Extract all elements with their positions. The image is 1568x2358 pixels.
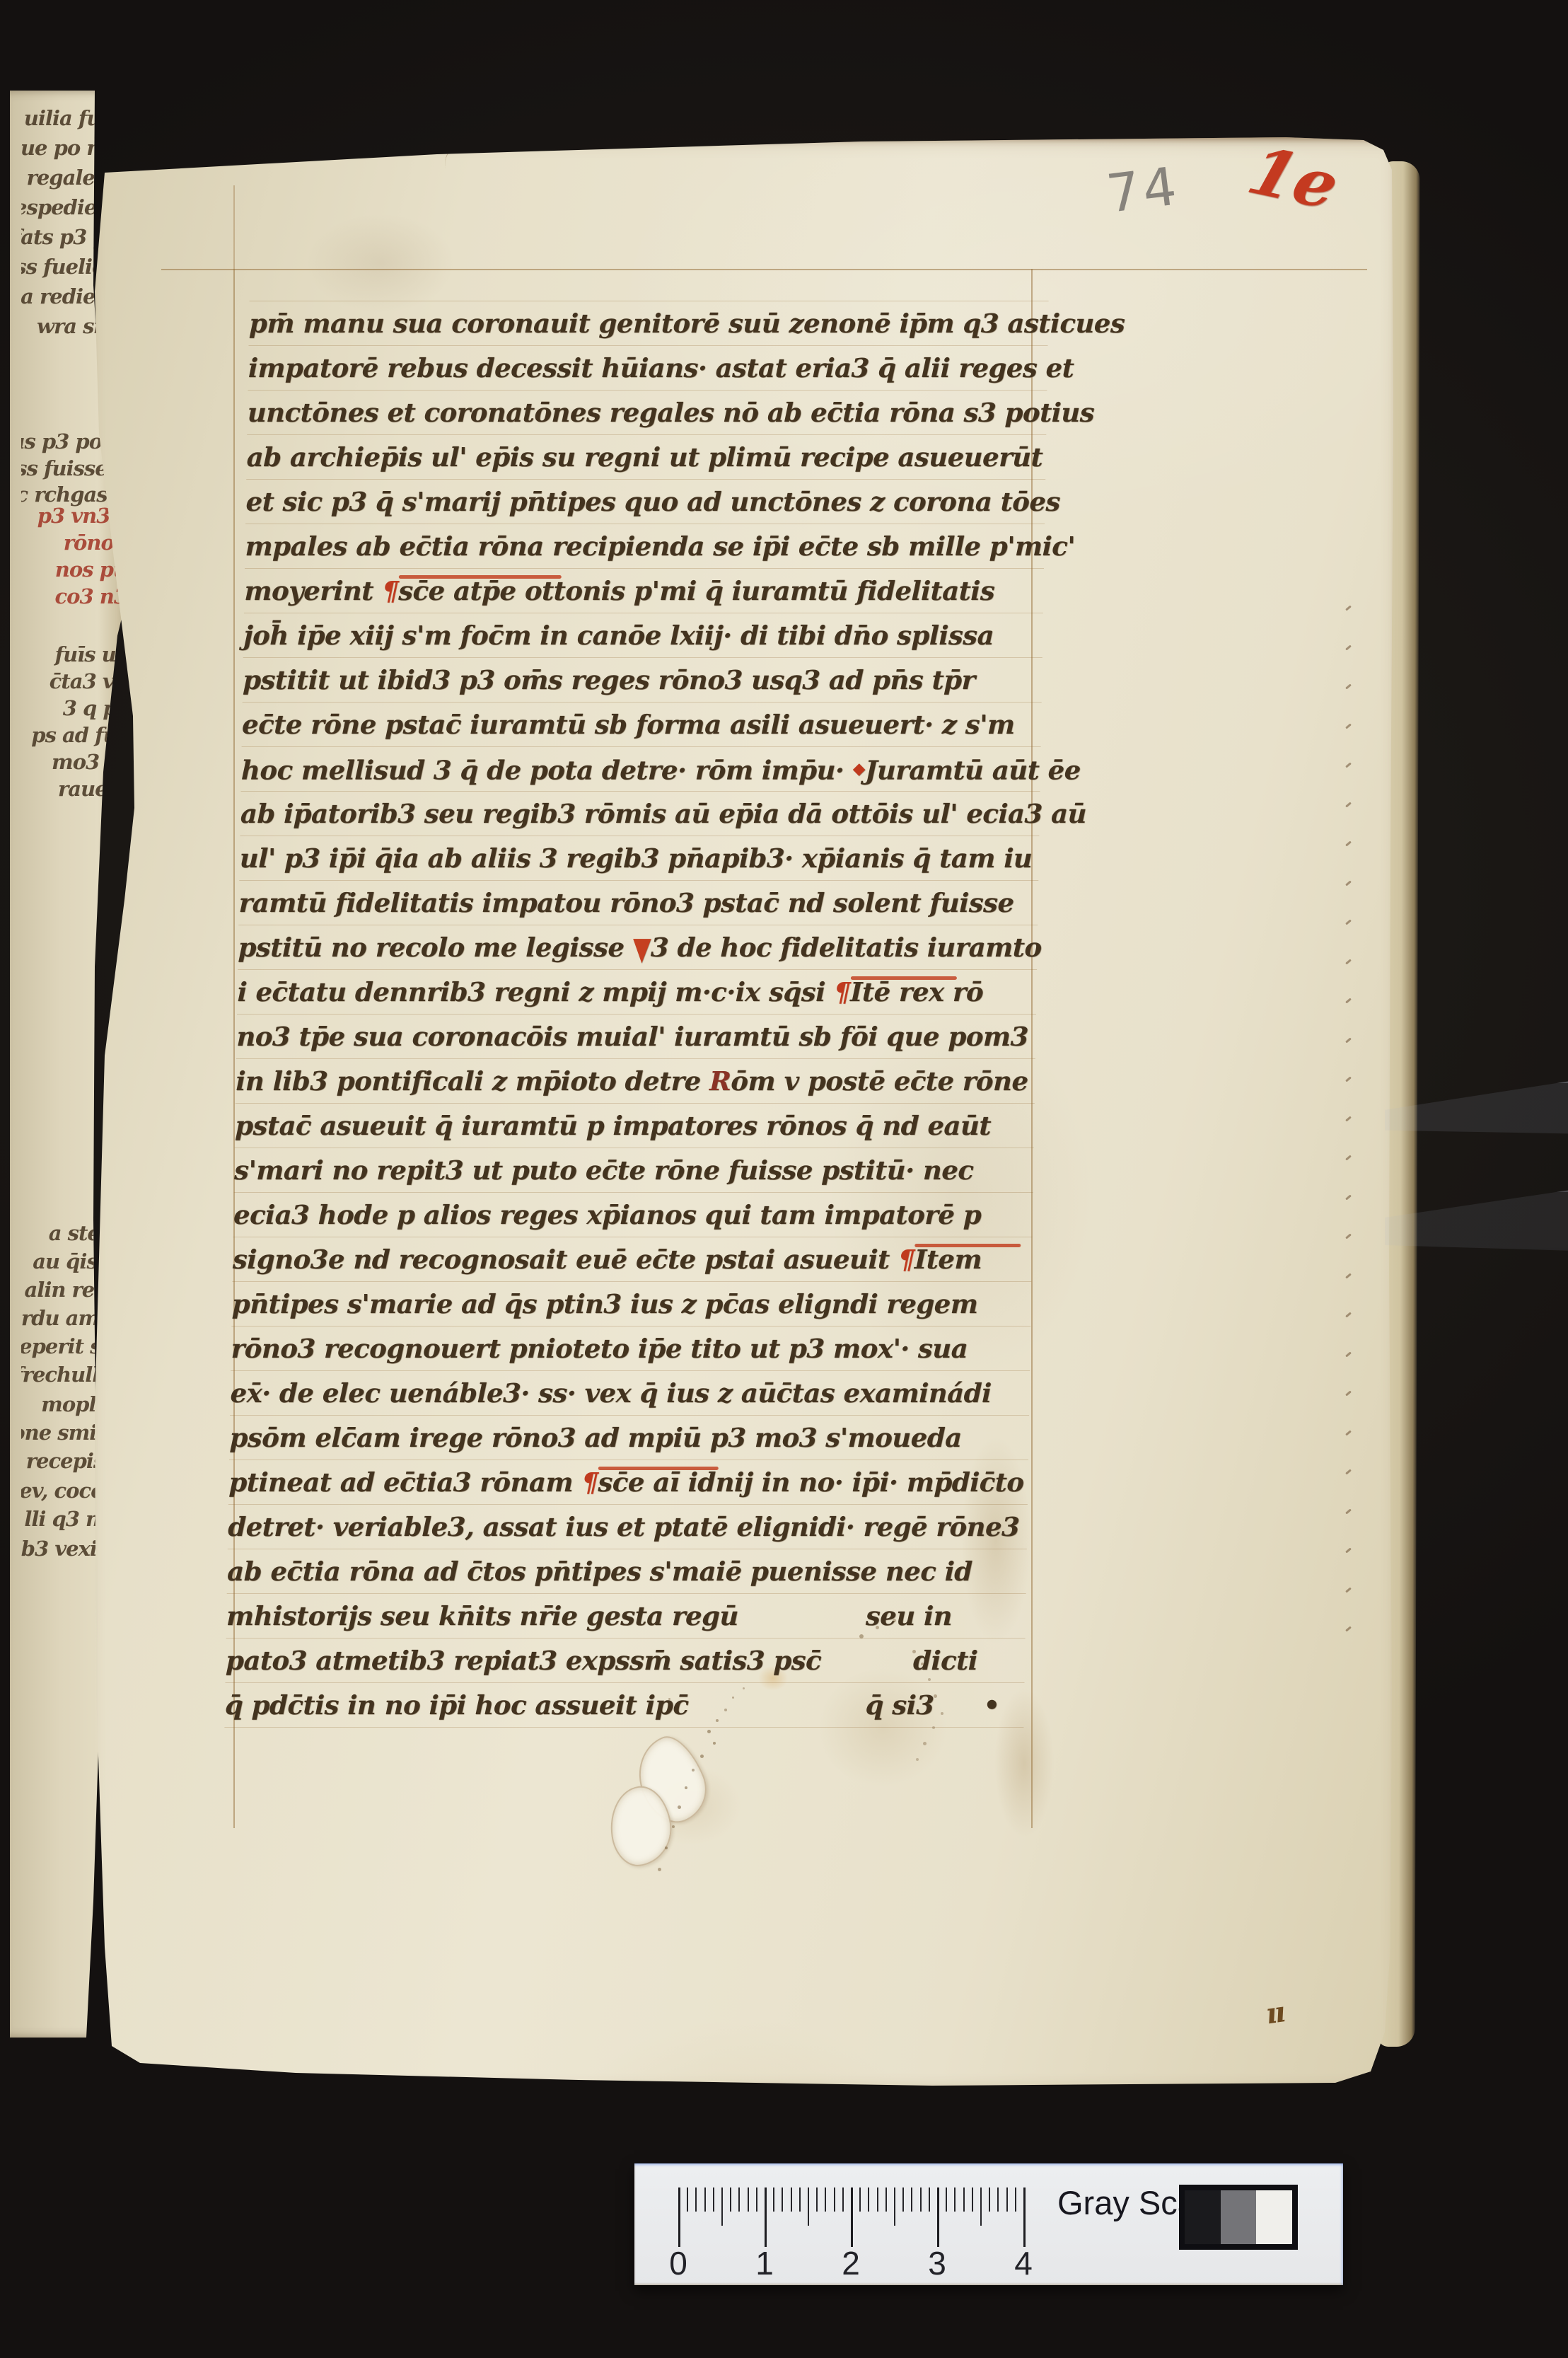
manuscript-line: q̄ pdc̄tis in no ip̄i hoc assueit ipc̄q̄… — [224, 1683, 1024, 1728]
ruler-tick — [816, 2187, 818, 2212]
manuscript-line: unctōnes et coronatōnes regales nō ab ec… — [247, 391, 1047, 435]
rubric-mark: ¶ — [382, 575, 399, 606]
ruler-number: 1 — [749, 2244, 780, 2282]
text-segment: joh̄ ip̄e xiij s'm foc̄m in canōe lxiij·… — [243, 620, 994, 651]
prick-mark — [1345, 1037, 1352, 1043]
photo-scene: aus uilia fuuete sue po nodlia regale ad… — [0, 0, 1568, 2358]
text-segment: dicti — [913, 1645, 978, 1676]
repair-speck — [932, 1726, 935, 1729]
text-segment: pstac̄ asueuit q̄ iuramtū p impatores rō… — [235, 1110, 992, 1141]
ruler-tick — [825, 2187, 826, 2212]
text-segment: Juramtū aūt ēe — [865, 754, 1081, 785]
ruler-tick — [954, 2187, 956, 2212]
manuscript-line: ab ec̄tia rōna ad c̄tos pn̄tipes s'maiē … — [227, 1549, 1027, 1594]
repair-speck — [893, 1619, 896, 1622]
manuscript-line: s'mari no repit3 ut puto ec̄te rōne fuis… — [234, 1148, 1034, 1193]
text-segment: ptineat ad ec̄tia3 rōnam — [228, 1467, 582, 1498]
manuscript-line: pstac̄ asueuit q̄ iuramtū p impatores rō… — [235, 1104, 1035, 1148]
repair-speck — [685, 1786, 687, 1789]
grayscale-patch — [1185, 2190, 1221, 2244]
text-segment: ul' p3 ip̄i q̄ia ab aliis 3 regib3 pn̄ap… — [239, 843, 1032, 874]
manuscript-line: mpales ab ec̄tia rōna recipienda se ip̄i… — [245, 524, 1045, 569]
manuscript-line: ptineat ad ec̄tia3 rōnam ¶sc̄e aī idnij … — [228, 1460, 1028, 1505]
prick-mark — [1345, 1194, 1352, 1200]
ruler-tick — [799, 2187, 801, 2212]
manuscript-line: ab ip̄atorib3 seu regib3 rōmis aū ep̄ia … — [240, 792, 1040, 836]
text-segment: Item — [914, 1244, 982, 1275]
rubric-mark: R — [709, 1065, 731, 1097]
text-segment: psōm elc̄am irege rōno3 ad mpiū p3 mo3 s… — [229, 1422, 962, 1453]
manuscript-line: ex̄· de elec uenáble3· ss· vex q̄ ius z … — [230, 1371, 1030, 1416]
ruler-tick — [791, 2187, 792, 2212]
ruler-tick — [989, 2187, 990, 2212]
ruler-tick — [972, 2187, 973, 2212]
ruler-tick — [902, 2187, 904, 2212]
repair-speck — [700, 1755, 704, 1758]
folio-number-pencil: 74 — [1103, 156, 1183, 225]
prick-mark — [1345, 1351, 1352, 1357]
ruler-tick — [1015, 2187, 1016, 2212]
manuscript-line: pm̄ manu sua coronauit genitorē suū zeno… — [248, 301, 1048, 346]
text-segment: q̄ pdc̄tis in no ip̄i hoc assueit ipc̄ — [225, 1689, 689, 1721]
prick-mark — [1345, 645, 1352, 650]
manuscript-line: hoc mellisud 3 q̄ de pota detre· rōm imp… — [240, 747, 1040, 792]
ruler-tick — [808, 2187, 809, 2226]
text-segment: ab ip̄atorib3 seu regib3 rōmis aū ep̄ia … — [240, 798, 1087, 829]
ruler-tick — [851, 2187, 853, 2247]
text-segment: 3 de hoc fidelitatis iuramto — [651, 932, 1042, 963]
text-segment: • — [983, 1689, 1000, 1721]
ruler-tick — [980, 2187, 982, 2226]
repair-speck — [672, 1825, 675, 1828]
grayscale-patch — [1221, 2190, 1257, 2244]
text-block: pm̄ manu sua coronauit genitorē suū zeno… — [224, 301, 1048, 1728]
ruler-tick — [937, 2187, 939, 2247]
manuscript-line: et sic p3 q̄ s'marij pn̄tipes quo ad unc… — [245, 480, 1045, 524]
ruler-tick — [920, 2187, 922, 2212]
text-segment: sc̄e atp̄e ottonis p'mi q̄ iuramtū fidel… — [398, 575, 995, 606]
prick-mark — [1345, 802, 1352, 807]
rubric-mark: ¶ — [834, 976, 851, 1007]
prick-mark — [1345, 998, 1352, 1003]
manuscript-line: mhistorijs seu kn̄its nr̄ie gesta regūse… — [226, 1594, 1026, 1639]
repair-speck — [665, 1846, 668, 1849]
ruler-tick — [782, 2187, 783, 2212]
text-segment: mpales ab ec̄tia rōna recipienda se ip̄i… — [245, 531, 1075, 562]
text-segment: ecia3 hode p alios reges xp̄ianos qui ta… — [233, 1199, 982, 1230]
manuscript-line: ul' p3 ip̄i q̄ia ab aliis 3 regib3 pn̄ap… — [239, 836, 1039, 881]
manuscript-line: signo3e nd recognosait euē ec̄te pstai a… — [232, 1237, 1032, 1282]
ruling-line-top — [161, 269, 1367, 270]
text-segment: Itē rex rō — [850, 976, 984, 1007]
repair-speck — [732, 1697, 734, 1699]
prick-mark — [1345, 1233, 1352, 1239]
ruler-tick — [695, 2187, 697, 2212]
manuscript-line: psōm elc̄am irege rōno3 ad mpiū p3 mo3 s… — [229, 1416, 1029, 1460]
rubric-mark: ▼ — [632, 919, 651, 978]
facing-page-text-fragment: nos pu — [21, 557, 127, 586]
prick-mark — [1345, 919, 1352, 925]
facing-page-text-fragment: c̄ta3 vd — [21, 669, 127, 698]
text-segment: s'mari no repit3 ut puto ec̄te rōne fuis… — [234, 1155, 974, 1186]
text-segment: impatorē rebus decessit hūians· astat er… — [248, 352, 1074, 383]
text-segment: ec̄te rōne pstac̄ iuramtū sb forma asili… — [242, 709, 1015, 740]
repair-speck — [934, 1694, 937, 1698]
prick-mark — [1345, 723, 1352, 729]
ruler-number: 4 — [1008, 2244, 1039, 2282]
repair-speck — [692, 1769, 695, 1772]
prick-mark — [1345, 1626, 1352, 1631]
prick-mark — [1345, 1116, 1352, 1121]
ruler-tick — [963, 2187, 965, 2212]
repair-speck — [668, 1698, 670, 1700]
manuscript-line: pn̄tipes s'marie ad q̄s ptin3 ius z pc̄a… — [231, 1282, 1031, 1327]
text-segment: detret· veriable3, assat ius et ptatē el… — [228, 1511, 1020, 1542]
folio-mark-red: 1e — [1240, 133, 1348, 224]
prick-mark — [1345, 605, 1352, 611]
prick-mark — [1345, 1508, 1352, 1514]
text-segment: hoc mellisud 3 q̄ de pota detre· rōm imp… — [241, 754, 854, 785]
text-segment: ramtū fidelitatis impatou rōno3 pstac̄ n… — [238, 887, 1014, 918]
text-segment: pstitit ut ibid3 p3 om̄s reges rōno3 usq… — [243, 664, 975, 695]
ruler-tick — [834, 2187, 835, 2212]
ruler-number: 0 — [663, 2244, 694, 2282]
ruler-tick — [730, 2187, 731, 2212]
text-segment: pato3 atmetib3 repiat3 expssm̄ satis3 ps… — [226, 1645, 822, 1676]
manuscript-line: moyerint ¶sc̄e atp̄e ottonis p'mi q̄ iur… — [244, 569, 1044, 613]
text-segment: i ec̄tatu dennrib3 regni z mpij m·c·ix s… — [237, 976, 834, 1007]
rubric-mark: ◆ — [853, 759, 866, 778]
repair-speck — [658, 1868, 661, 1871]
prick-mark — [1345, 1390, 1352, 1396]
ruler-tick — [859, 2187, 861, 2212]
rubric-mark: ¶ — [581, 1467, 598, 1498]
repair-speck — [743, 1687, 745, 1689]
manuscript-line: no3 tp̄e sua coronacōis muial' iuramtū s… — [236, 1015, 1036, 1059]
facing-page-text-fragment: co3 n3 — [21, 584, 127, 613]
prick-mark — [1345, 880, 1352, 886]
ruler-tick — [997, 2187, 999, 2212]
prick-mark — [1345, 1547, 1352, 1553]
ruler-tick — [713, 2187, 714, 2212]
ruler-tick — [773, 2187, 774, 2212]
manuscript-line: pato3 atmetib3 repiat3 expssm̄ satis3 ps… — [225, 1639, 1025, 1683]
manuscript-line: in lib3 pontificali z mp̄ioto detre Rōm … — [236, 1059, 1035, 1104]
text-segment: ab ec̄tia rōna ad c̄tos pn̄tipes s'maiē … — [227, 1556, 972, 1587]
repair-speck — [859, 1634, 864, 1639]
repair-speck — [876, 1626, 879, 1629]
prick-mark — [1345, 1155, 1352, 1160]
text-segment: ab archiep̄is ul' ep̄is su regni ut plim… — [246, 441, 1043, 473]
text-segment: ōm v postē ec̄te rōne — [731, 1065, 1028, 1097]
manuscript-page: 74 1e pm̄ manu sua coronauit genitorē su… — [83, 136, 1403, 2096]
text-segment: rōno3 recognouert pnioteto ip̄e tito ut … — [231, 1333, 968, 1364]
text-segment: moyerint — [244, 575, 383, 606]
prick-mark — [1345, 1469, 1352, 1474]
ruler-tick — [911, 2187, 912, 2212]
ruler-tick — [868, 2187, 869, 2212]
ruler-number: 3 — [922, 2244, 953, 2282]
manuscript-line: ecia3 hode p alios reges xp̄ianos qui ta… — [233, 1193, 1033, 1237]
grayscale-patches — [1179, 2185, 1298, 2250]
manuscript-line: rōno3 recognouert pnioteto ip̄e tito ut … — [231, 1327, 1030, 1371]
text-segment: q̄ si3 — [865, 1689, 934, 1721]
text-segment: no3 tp̄e sua coronacōis muial' iuramtū s… — [236, 1021, 1028, 1052]
repair-speck — [724, 1709, 727, 1711]
ruler-tick — [885, 2187, 887, 2212]
manuscript-line: joh̄ ip̄e xiij s'm foc̄m in canōe lxiij·… — [243, 613, 1043, 658]
prick-mark — [1345, 959, 1352, 964]
manuscript-line: detret· veriable3, assat ius et ptatē el… — [228, 1505, 1028, 1549]
ruler-tick — [756, 2187, 757, 2212]
ruler-tick — [894, 2187, 895, 2226]
ruler-tick — [877, 2187, 878, 2212]
repair-speck — [912, 1650, 916, 1653]
text-segment: pm̄ manu sua coronauit genitorē suū zeno… — [249, 308, 1125, 339]
text-segment: signo3e nd recognosait euē ec̄te pstai a… — [233, 1244, 899, 1275]
prick-mark — [1345, 1076, 1352, 1082]
text-segment: et sic p3 q̄ s'marij pn̄tipes quo ad unc… — [245, 486, 1060, 517]
text-segment: mhistorijs seu kn̄its nr̄ie gesta regū — [226, 1600, 739, 1631]
repair-speck — [916, 1758, 919, 1761]
repair-speck — [716, 1719, 719, 1722]
grayscale-patch — [1256, 2190, 1292, 2244]
repair-speck — [923, 1742, 927, 1745]
text-segment: ex̄· de elec uenáble3· ss· vex q̄ ius z … — [230, 1377, 992, 1409]
facing-page-text-fragment: fuīs ux — [21, 642, 127, 671]
ruler-number: 2 — [835, 2244, 866, 2282]
text-segment: pn̄tipes s'marie ad q̄s ptin3 ius z pc̄a… — [231, 1288, 977, 1319]
text-segment: pstitū no recolo me legisse — [238, 932, 633, 963]
ruler-tick — [704, 2187, 706, 2212]
rubric-mark: ¶ — [898, 1244, 915, 1275]
ruler-tick — [748, 2187, 749, 2212]
repair-speck — [941, 1712, 943, 1715]
ruler-tick — [721, 2187, 723, 2226]
text-segment: unctōnes et coronatōnes regales nō ab ec… — [247, 397, 1094, 428]
ruler-tick — [929, 2187, 930, 2212]
repair-speck — [713, 1742, 716, 1745]
ruling-line-upper — [233, 185, 235, 269]
ruler-tick — [1023, 2187, 1026, 2247]
ruler-tick — [842, 2187, 844, 2212]
manuscript-line: ab archiep̄is ul' ep̄is su regni ut plim… — [246, 435, 1046, 480]
ruler-tick — [765, 2187, 767, 2247]
grayscale-card: 01234 Gray Scale — [634, 2163, 1343, 2285]
prick-mark — [1345, 1312, 1352, 1317]
manuscript-line: pstitū no recolo me legisse ▼3 de hoc fi… — [238, 925, 1038, 970]
prick-mark — [1345, 683, 1352, 689]
manuscript-line: impatorē rebus decessit hūians· astat er… — [248, 346, 1047, 391]
prick-mark — [1345, 840, 1352, 846]
prick-mark — [1345, 1430, 1352, 1435]
text-segment: in lib3 pontificali z mp̄ioto detre — [236, 1065, 710, 1097]
text-segment: sc̄e aī idnij in no· ip̄i· mp̄dic̄to — [598, 1467, 1024, 1498]
ruler-tick — [678, 2187, 680, 2247]
ruler-tick — [687, 2187, 688, 2212]
ruler-tick — [738, 2187, 740, 2212]
quire-mark: ıı — [1264, 1996, 1286, 2031]
manuscript-line: ec̄te rōne pstac̄ iuramtū sb forma asili… — [242, 703, 1042, 747]
repair-speck — [928, 1678, 931, 1681]
repair-speck — [707, 1730, 711, 1733]
prick-mark — [1345, 1587, 1352, 1593]
ruler-tick — [946, 2187, 947, 2212]
ruler-tick — [1006, 2187, 1008, 2212]
prick-mark — [1345, 1273, 1352, 1278]
repair-speck — [678, 1805, 681, 1809]
manuscript-line: pstitit ut ibid3 p3 om̄s reges rōno3 usq… — [243, 658, 1043, 703]
prick-mark — [1345, 762, 1352, 768]
repair-speck — [921, 1663, 924, 1665]
